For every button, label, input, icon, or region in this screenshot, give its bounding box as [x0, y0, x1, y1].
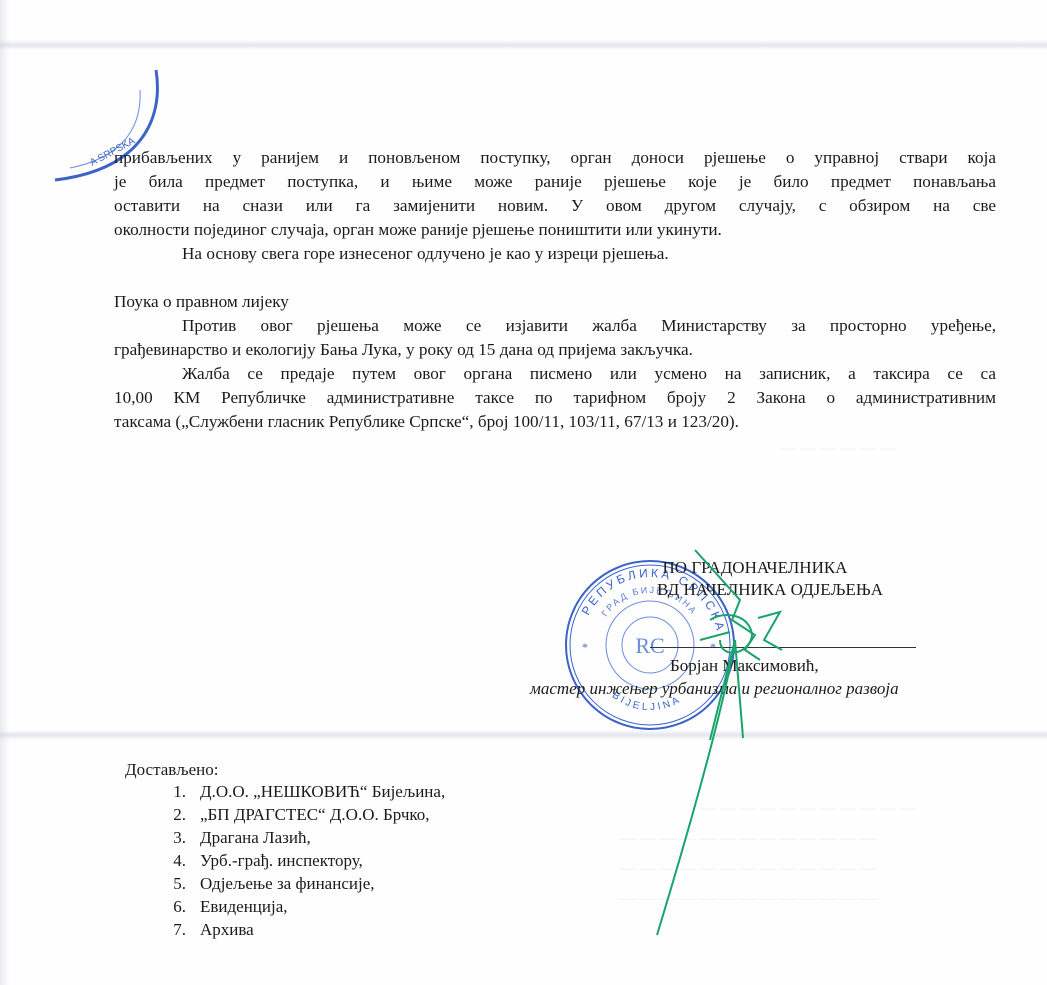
legal-remedy-heading: Поука о правном лијеку [114, 292, 289, 312]
list-item: 3.Драгана Лазић, [148, 828, 311, 848]
text-line: оставити на снази или га замијенити нови… [114, 196, 996, 216]
text-line: Жалба се предаје путем овог органа писме… [182, 364, 996, 384]
text-line: Против овог рјешења може се изјавити жал… [182, 316, 996, 336]
text-line: таксама („Службени гласник Републике Срп… [114, 412, 739, 432]
text-line: 10,00 КМ Републичке административне такс… [114, 388, 996, 408]
text-line: грађевинарство и екологију Бања Лука, у … [114, 340, 693, 360]
list-item: 5.Одјељење за финансије, [148, 874, 375, 894]
text-line: прибављених у ранијем и поновљеном посту… [114, 148, 996, 168]
stamp-fragment-icon: A SRPSKA [30, 60, 170, 190]
svg-text:*: * [582, 640, 588, 654]
text-line: је била предмет поступка, и њиме може ра… [114, 172, 996, 192]
paper-fold [0, 40, 1047, 50]
document-page: — — — — — — — — — — — — — — — — — — — — … [0, 0, 1047, 985]
paragraph-2: На основу свега горе изнесеног одлучено … [182, 244, 669, 264]
delivered-heading: Достављено: [125, 760, 219, 780]
handwritten-signature-icon [640, 540, 840, 950]
paper-fold [0, 730, 1047, 740]
list-item: 7.Архива [148, 920, 254, 940]
list-item: 4.Урб.-грађ. инспектору, [148, 851, 363, 871]
bleed-through-text: — — — — — — [780, 440, 896, 458]
list-item: 2.„БП ДРАГСТЕС“ Д.О.О. Брчко, [148, 805, 430, 825]
page-edge-shadow [0, 0, 10, 985]
text-line: околности појединог случаја, орган може … [114, 220, 722, 240]
list-item: 1.Д.О.О. „НЕШКОВИЋ“ Бијељина, [148, 782, 445, 802]
list-item: 6.Евиденција, [148, 897, 288, 917]
